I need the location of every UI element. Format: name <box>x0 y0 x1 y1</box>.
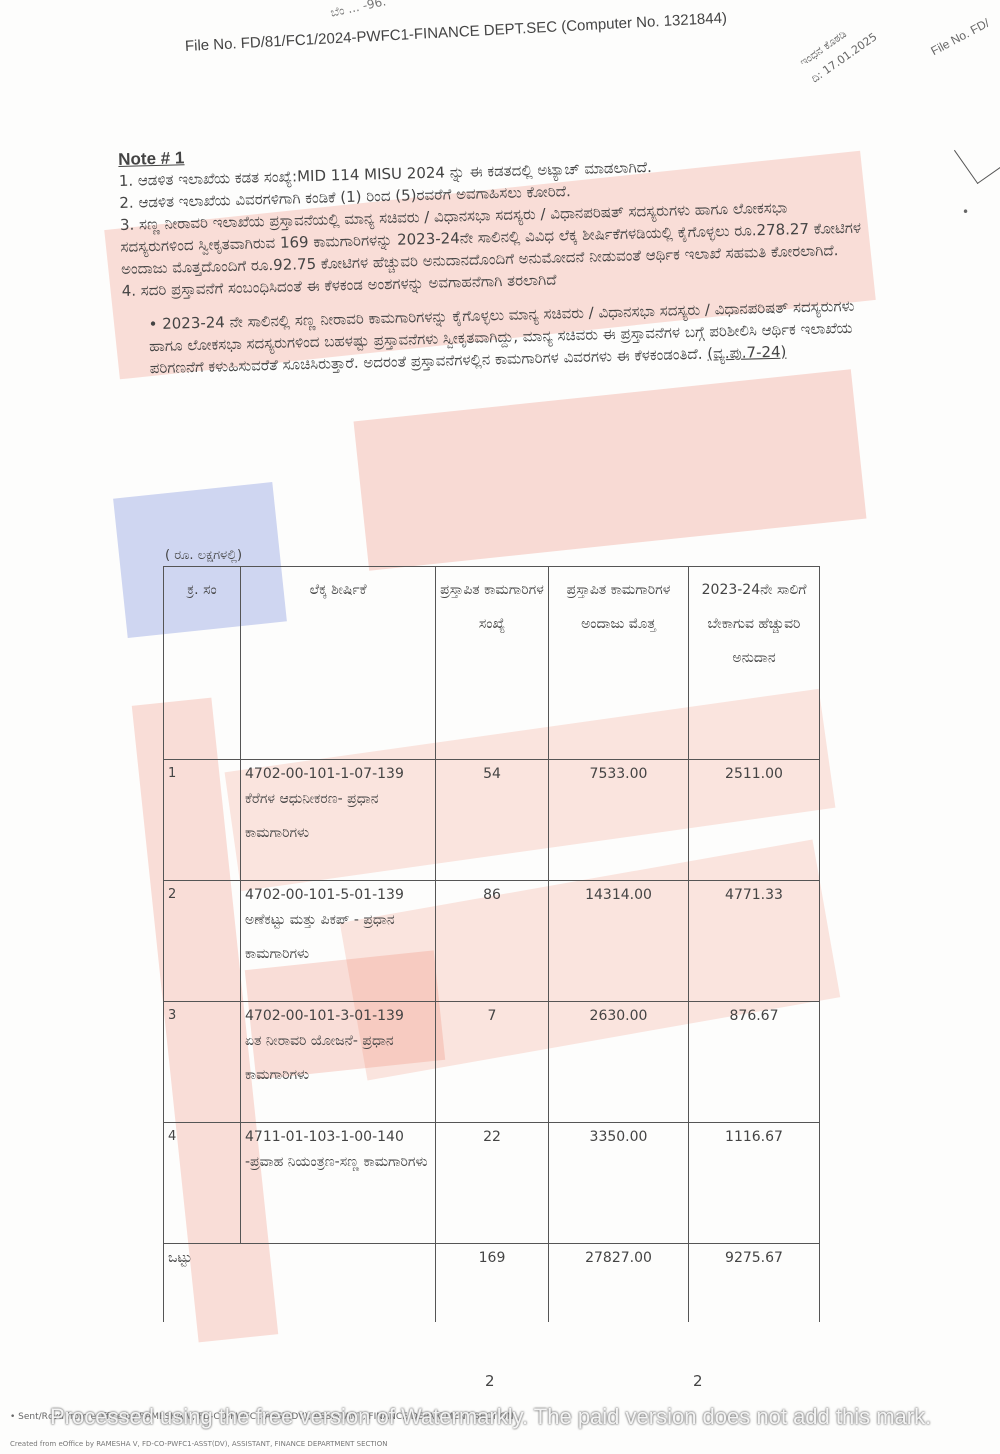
adjacent-page-file-number: File No. FD/ <box>928 16 991 58</box>
works-table: ಕ್ರ. ಸಂ ಲೆಕ್ಕ ಶೀರ್ಷಿಕೆ ಪ್ರಸ್ತಾಪಿತ ಕಾಮಗಾರ… <box>163 566 820 1322</box>
head-desc: ಕೆರೆಗಳ ಆಧುನೀಕರಣ- ಪ್ರಧಾನ ಕಾಮಗಾರಿಗಳು <box>245 782 431 850</box>
total-estimate: 27827.00 <box>549 1244 689 1323</box>
cell-count: 22 <box>436 1123 549 1244</box>
cell-grant: 2511.00 <box>689 760 820 881</box>
cell-count: 54 <box>436 760 549 881</box>
watermarkly-notice: Processed using the free version of Wate… <box>50 1404 950 1430</box>
cell-estimate: 14314.00 <box>549 881 689 1002</box>
head-code: 4702-00-101-1-07-139 <box>245 766 431 782</box>
table-row: 1 4702-00-101-1-07-139ಕೆರೆಗಳ ಆಧುನೀಕರಣ- ಪ… <box>164 760 820 881</box>
note-body: Note # 1 1. ಆಡಳಿತ ಇಲಾಖೆಯ ಕಡತ ಸಂಖ್ಯೆ:MID … <box>118 130 869 379</box>
col-header-estimate: ಪ್ರಸ್ತಾಪಿತ ಕಾಮಗಾರಿಗಳ ಅಂದಾಜು ಮೊತ್ತ <box>549 567 689 760</box>
col-header-account-head: ಲೆಕ್ಕ ಶೀರ್ಷಿಕೆ <box>241 567 436 760</box>
cell-serial: 3 <box>164 1002 241 1123</box>
table-row: 3 4702-00-101-3-01-139ಏತ ನೀರಾವರಿ ಯೋಜನೆ- … <box>164 1002 820 1123</box>
cell-grant: 876.67 <box>689 1002 820 1123</box>
page-reference: (ವ್ಯ.ಪು.7-24) <box>707 343 787 363</box>
head-code: 4702-00-101-3-01-139 <box>245 1008 431 1024</box>
head-code: 4711-01-103-1-00-140 <box>245 1129 431 1145</box>
page-number: 2 <box>485 1372 495 1390</box>
adjacent-page-bullet: • <box>962 205 969 219</box>
cell-account-head: 4702-00-101-5-01-139ಅಣೆಕಟ್ಟು ಮತ್ತು ಪಿಕಪ್… <box>241 881 436 1002</box>
head-code: 4702-00-101-5-01-139 <box>245 887 431 903</box>
footer-created-line: Created from eOffice by RAMESHA V, FD-CO… <box>10 1440 387 1448</box>
head-desc: ಅಣೆಕಟ್ಟು ಮತ್ತು ಪಿಕಪ್ - ಪ್ರಧಾನ ಕಾಮಗಾರಿಗಳು <box>245 903 431 971</box>
table-row: 2 4702-00-101-5-01-139ಅಣೆಕಟ್ಟು ಮತ್ತು ಪಿಕ… <box>164 881 820 1002</box>
bullet-dot: • <box>148 315 162 333</box>
col-header-serial: ಕ್ರ. ಸಂ <box>164 567 241 760</box>
col-header-work-count: ಪ್ರಸ್ತಾಪಿತ ಕಾಮಗಾರಿಗಳ ಸಂಖ್ಯೆ <box>436 567 549 760</box>
cell-count: 86 <box>436 881 549 1002</box>
cell-count: 7 <box>436 1002 549 1123</box>
cell-estimate: 7533.00 <box>549 760 689 881</box>
cell-estimate: 3350.00 <box>549 1123 689 1244</box>
cell-grant: 4771.33 <box>689 881 820 1002</box>
cell-account-head: 4711-01-103-1-00-140-ಪ್ರವಾಹ ನಿಯಂತ್ರಣ-ಸಣ್… <box>241 1123 436 1244</box>
faint-stamp-text: ಬೆಂ ... -96. <box>329 0 387 21</box>
table-total-row: ಒಟ್ಟು 169 27827.00 9275.67 <box>164 1244 820 1323</box>
head-desc: ಏತ ನೀರಾವರಿ ಯೋಜನೆ- ಪ್ರಧಾನ ಕಾಮಗಾರಿಗಳು <box>245 1024 431 1092</box>
cell-serial: 1 <box>164 760 241 881</box>
note-bullet: • 2023-24 ನೇ ಸಾಲಿನಲ್ಲಿ ಸಣ್ಣ ನೀರಾವರಿ ಕಾಮಗ… <box>148 294 868 379</box>
cell-account-head: 4702-00-101-1-07-139ಕೆರೆಗಳ ಆಧುನೀಕರಣ- ಪ್ರ… <box>241 760 436 881</box>
table-header-row: ಕ್ರ. ಸಂ ಲೆಕ್ಕ ಶೀರ್ಷಿಕೆ ಪ್ರಸ್ತಾಪಿತ ಕಾಮಗಾರ… <box>164 567 820 760</box>
total-label: ಒಟ್ಟು <box>164 1244 241 1323</box>
head-desc: -ಪ್ರವಾಹ ನಿಯಂತ್ರಣ-ಸಣ್ಣ ಕಾಮಗಾರಿಗಳು <box>245 1145 431 1179</box>
page-number-adjacent: 2 <box>693 1372 703 1390</box>
watermark-block <box>354 369 867 570</box>
total-grant: 9275.67 <box>689 1244 820 1323</box>
table-units-label: ( ರೂ. ಲಕ್ಷಗಳಲ್ಲಿ) <box>165 548 242 563</box>
cell-serial: 4 <box>164 1123 241 1244</box>
cell-grant: 1116.67 <box>689 1123 820 1244</box>
table-row: 4 4711-01-103-1-00-140-ಪ್ರವಾಹ ನಿಯಂತ್ರಣ-ಸ… <box>164 1123 820 1244</box>
corner-mark <box>954 127 1000 184</box>
col-header-additional-grant: 2023-24ನೇ ಸಾಲಿಗೆ ಬೇಕಾಗುವ ಹೆಚ್ಚುವರಿ ಅನುದಾ… <box>689 567 820 760</box>
cell-estimate: 2630.00 <box>549 1002 689 1123</box>
total-empty-cell <box>241 1244 436 1323</box>
cell-account-head: 4702-00-101-3-01-139ಏತ ನೀರಾವರಿ ಯೋಜನೆ- ಪ್… <box>241 1002 436 1123</box>
bullet-text: 2023-24 ನೇ ಸಾಲಿನಲ್ಲಿ ಸಣ್ಣ ನೀರಾವರಿ ಕಾಮಗಾರ… <box>149 297 855 377</box>
file-number-header: File No. FD/81/FC1/2024-PWFC1-FINANCE DE… <box>185 10 728 55</box>
total-count: 169 <box>436 1244 549 1323</box>
cell-serial: 2 <box>164 881 241 1002</box>
inward-stamp: ಇಂಧನ ಕೊಠಡಿ ದಿ: 17.01.2025 <box>796 11 882 88</box>
